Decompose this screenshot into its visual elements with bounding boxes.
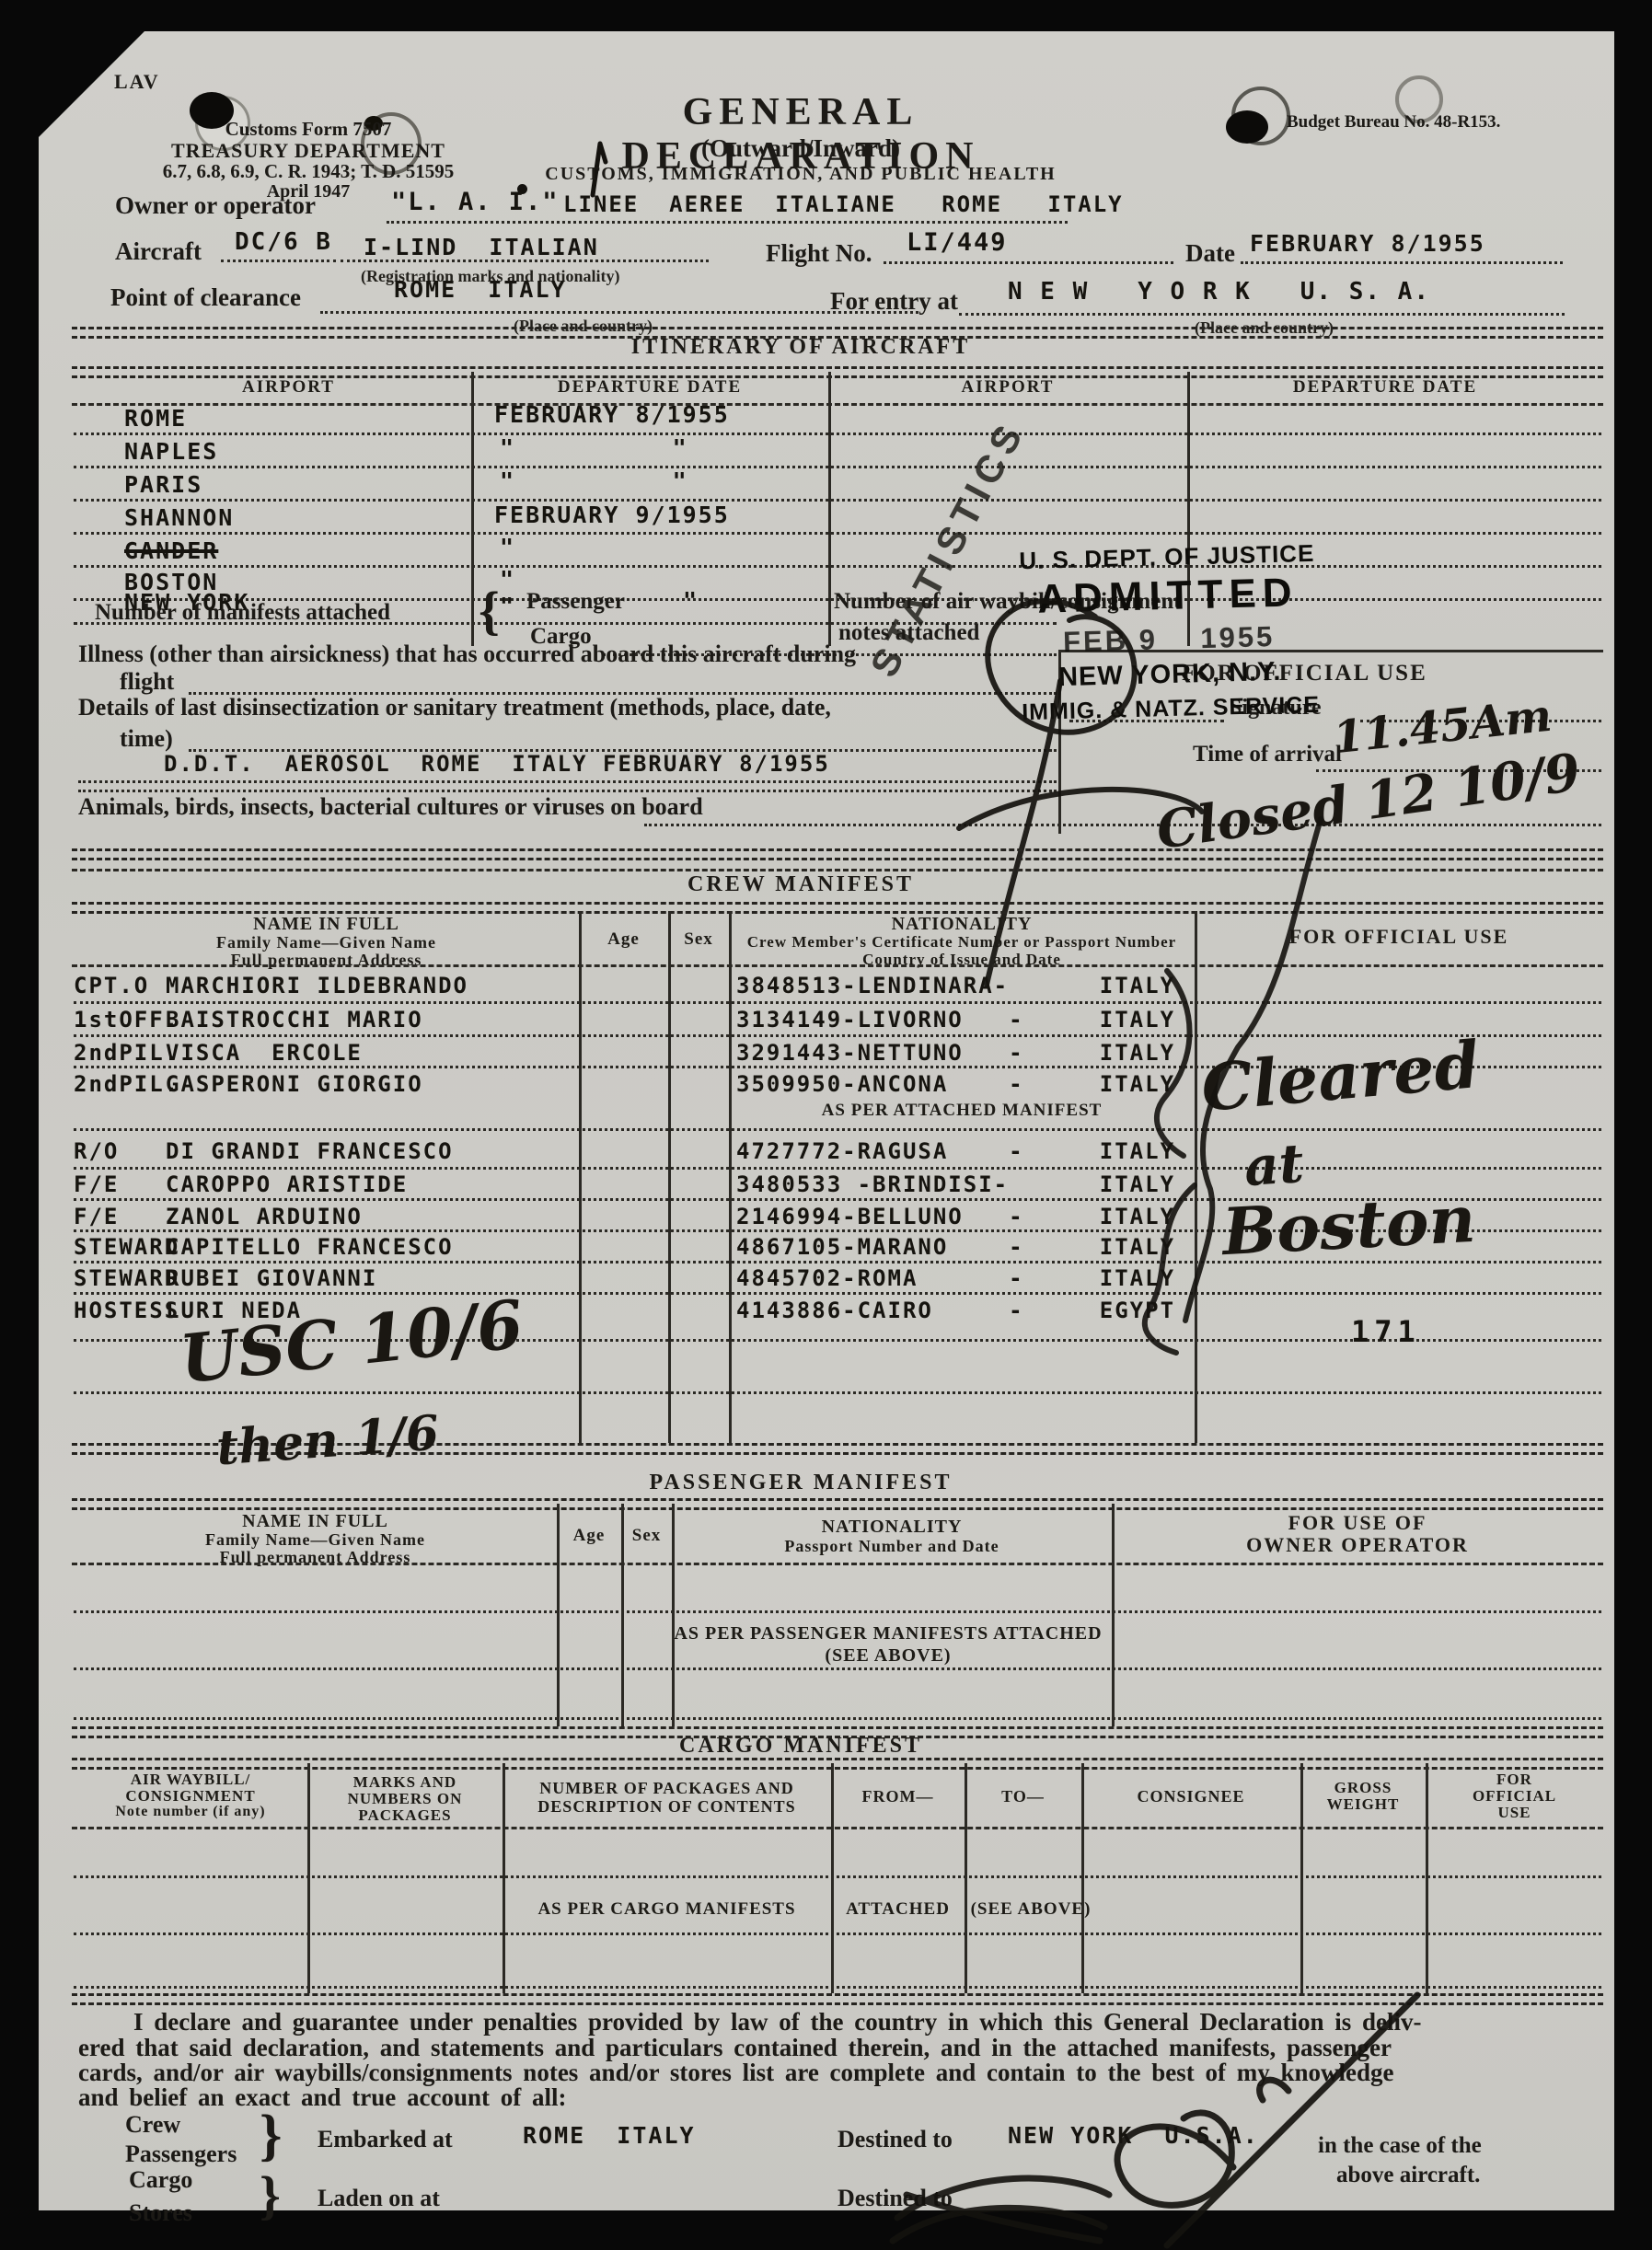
aircraft-value: DC/6 B [235, 228, 332, 256]
entry-label: For entry at [830, 287, 958, 316]
airline-name: LINEE AEREE ITALIANE ROME ITALY [563, 191, 1124, 217]
passenger-title: PASSENGER MANIFEST [460, 1471, 1141, 1495]
crew-role: STEWARD [74, 1265, 179, 1291]
details-label2: time) [120, 725, 173, 753]
passenger-attach-value: " [683, 587, 699, 614]
crew-role: 1stOFF. [74, 1007, 179, 1033]
crew-role: CPT.O [74, 973, 149, 998]
itinerary-airport: PARIS [124, 471, 202, 498]
passenger-col-header: Passport Number and Date [672, 1537, 1112, 1556]
passenger-note: (SEE ABOVE) [557, 1645, 1219, 1667]
brace-glyph: } [260, 2164, 281, 2226]
aircraft-label: Aircraft [115, 237, 202, 266]
crew-col-header: Age [579, 929, 668, 950]
row-line [74, 433, 1601, 435]
crew-col-header: Family Name—Given Name [74, 933, 579, 952]
passenger-note: AS PER PASSENGER MANIFESTS ATTACHED [557, 1623, 1219, 1644]
itinerary-col-header: DEPARTURE DATE [471, 377, 828, 398]
cargo-col-header: CONSIGNEE [1081, 1787, 1300, 1806]
owner-value: "L. A. I." [391, 188, 560, 216]
itinerary-title: ITINERARY OF AIRCRAFT [460, 335, 1141, 360]
declaration-line: and belief an exact and true account of … [78, 2083, 566, 2112]
row-line [74, 1391, 1601, 1394]
cargo-note: AS PER CARGO MANIFESTS [503, 1899, 831, 1920]
row-line [74, 1610, 1601, 1613]
footer-stores-label: Stores [129, 2199, 192, 2227]
section-rule [72, 1498, 1603, 1510]
pen-scribble [884, 2153, 1123, 2250]
itinerary-col-header: DEPARTURE DATE [1187, 377, 1583, 398]
crew-name: MARCHIORI ILDEBRANDO [166, 973, 468, 998]
fill-line [341, 260, 709, 262]
embarked-value: ROME ITALY [523, 2122, 696, 2149]
table-line [668, 911, 671, 1443]
form-code: LAV [114, 70, 160, 94]
fill-line [387, 221, 1068, 224]
brace-glyph: { [479, 580, 500, 641]
cargo-col-header: WEIGHT [1300, 1795, 1426, 1814]
crew-role: F/E [74, 1171, 119, 1197]
row-line [74, 1933, 1601, 1935]
crew-role: 2ndPIL. [74, 1071, 179, 1097]
cargo-col-header: OFFICIAL [1426, 1787, 1603, 1806]
illness-label2: flight [120, 668, 174, 696]
crew-role: R/O [74, 1138, 119, 1164]
table-line [471, 372, 474, 646]
time-of-arrival-label: Time of arrival [1193, 742, 1342, 767]
cargo-col-header: TO— [965, 1787, 1081, 1806]
ink-blob-icon [1226, 110, 1268, 144]
table-line [729, 911, 732, 1443]
ddt-value: D.D.T. AEROSOL ROME ITALY FEBRUARY 8/195… [164, 751, 830, 777]
form-note-line: 6.7, 6.8, 6.9, C. R. 1943; T. D. 51595 [78, 160, 538, 183]
row-line [74, 1875, 1601, 1878]
crew-name: RUBEI GIOVANNI [166, 1265, 377, 1291]
table-line [72, 1827, 1603, 1829]
row-line [74, 466, 1601, 468]
entry-value: N E W Y O R K U. S. A. [1008, 278, 1430, 306]
itinerary-airport: NAPLES [124, 438, 218, 465]
passenger-col-header: Sex [621, 1526, 672, 1546]
cargo-note: ATTACHED [831, 1899, 965, 1920]
passenger-col-header: Age [557, 1526, 621, 1546]
crew-col-header: Sex [668, 929, 729, 950]
fill-line [320, 311, 918, 314]
illness-label: Illness (other than airsickness) that ha… [78, 640, 856, 668]
crew-col-header: NAME IN FULL [74, 914, 579, 935]
table-line [828, 372, 831, 646]
cargo-col-header: DESCRIPTION OF CONTENTS [503, 1797, 831, 1817]
table-line [72, 403, 1603, 406]
itinerary-date: FEBRUARY 9/1955 [494, 502, 730, 528]
page-subtitle2: CUSTOMS, IMMIGRATION, AND PUBLIC HEALTH [497, 164, 1104, 185]
crew-title: CREW MANIFEST [460, 872, 1141, 897]
passenger-col-header: Family Name—Given Name [74, 1530, 557, 1550]
cargo-col-header: NUMBER OF PACKAGES AND [503, 1779, 831, 1798]
itinerary-date: " " [500, 467, 688, 494]
cargo-col-header: FROM— [831, 1787, 965, 1806]
animals-label: Animals, birds, insects, bacterial cultu… [78, 793, 703, 821]
itinerary-airport-struck: GANDER [124, 537, 218, 564]
date-label: Date [1185, 239, 1235, 268]
row-line [74, 532, 1601, 535]
crew-brace-flourish [1104, 791, 1381, 1362]
passenger-col-header: FOR USE OF [1112, 1511, 1603, 1535]
passenger-col-header: NATIONALITY [672, 1517, 1112, 1538]
footer-cargo-label: Cargo [129, 2166, 192, 2194]
registration-value: I-LIND ITALIAN [364, 234, 599, 260]
footer-crew-label: Crew [125, 2111, 180, 2139]
cargo-col-header: GROSS [1300, 1779, 1426, 1797]
cargo-col-header: MARKS AND [307, 1773, 503, 1792]
table-line [72, 1563, 1603, 1565]
cargo-col-header: NUMBERS ON [307, 1790, 503, 1808]
passenger-col-header: OWNER OPERATOR [1112, 1533, 1603, 1557]
clearance-value: ROME ITALY [394, 276, 567, 303]
page-subtitle: (Outward/Inward) [497, 134, 1104, 163]
laden-label: Laden on at [318, 2185, 440, 2212]
footer-passengers-label: Passengers [125, 2140, 237, 2168]
crew-role: F/E [74, 1204, 119, 1229]
cargo-col-header: Note number (if any) [74, 1804, 307, 1820]
embarked-label: Embarked at [318, 2126, 453, 2153]
manifests-label: Number of manifests attached [95, 600, 390, 626]
brace-glyph: } [260, 2104, 282, 2169]
cargo-col-header: PACKAGES [307, 1806, 503, 1825]
date-value: FEBRUARY 8/1955 [1250, 230, 1485, 257]
row-line [74, 1717, 1601, 1720]
passenger-col-header: NAME IN FULL [74, 1511, 557, 1532]
itinerary-date: FEBRUARY 8/1955 [494, 401, 730, 428]
fill-line [1241, 261, 1563, 264]
fill-line [959, 313, 1565, 316]
budget-note: Budget Bureau No. 48-R153. [1287, 112, 1500, 133]
flight-value: LI/449 [907, 228, 1008, 257]
scanned-document: LAV Customs Form 7507 TREASURY DEPARTMEN… [0, 0, 1652, 2250]
itinerary-date: " [500, 566, 515, 593]
crew-role: 2ndPIL. [74, 1040, 179, 1066]
fill-line [884, 261, 1173, 264]
itinerary-date: " " [500, 434, 688, 461]
crew-name: BAISTROCCHI MARIO [166, 1007, 423, 1033]
fill-line [221, 260, 336, 262]
table-line [579, 911, 582, 1443]
itinerary-col-header: AIRPORT [106, 377, 471, 398]
itinerary-date: " [500, 534, 515, 560]
clearance-label: Point of clearance [110, 283, 301, 312]
cargo-col-header: AIR WAYBILL/ [74, 1771, 307, 1789]
row-line [74, 565, 1601, 568]
itinerary-airport: SHANNON [124, 504, 234, 531]
cargo-note: (SEE ABOVE) [957, 1899, 1104, 1920]
crew-name: ZANOL ARDUINO [166, 1204, 363, 1229]
section-rule [72, 1758, 1603, 1770]
details-label: Details of last disinsectization or sani… [78, 694, 831, 721]
passenger-attach-label: Passenger [526, 589, 625, 615]
crew-name: CAROPPO ARISTIDE [166, 1171, 408, 1197]
cargo-col-header: USE [1426, 1804, 1603, 1822]
crew-name: CAPITELLO FRANCESCO [166, 1234, 454, 1260]
row-line [74, 1667, 1601, 1670]
crew-name: DI GRANDI FRANCESCO [166, 1138, 454, 1164]
cargo-title: CARGO MANIFEST [460, 1734, 1141, 1759]
destined-label: Destined to [838, 2126, 953, 2153]
cargo-col-header: FOR [1426, 1771, 1603, 1789]
owner-label: Owner or operator [115, 191, 316, 220]
form-note-line: Customs Form 7507 [92, 118, 525, 141]
crew-name: VISCA ERCOLE [166, 1040, 363, 1066]
flight-label: Flight No. [766, 239, 872, 268]
crew-name: GASPERONI GIORGIO [166, 1071, 423, 1097]
itinerary-airport: ROME [124, 405, 187, 432]
crew-role: HOSTESS [74, 1298, 179, 1323]
crew-role: STEWARD [74, 1234, 179, 1260]
itinerary-date: " [500, 593, 515, 619]
cargo-col-header: CONSIGNMENT [74, 1787, 307, 1806]
row-line [74, 499, 1601, 502]
